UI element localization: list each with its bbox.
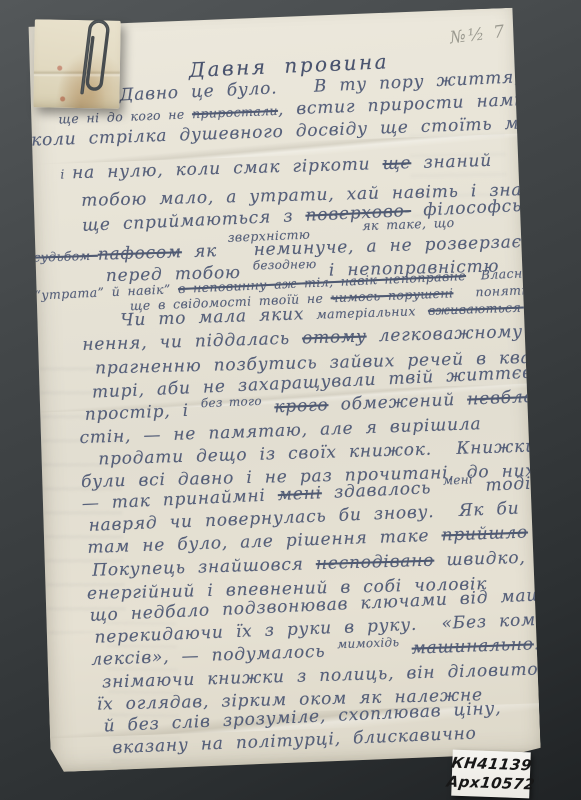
inserted-text: мимохідь (337, 635, 399, 651)
handwritten-text: матеріальних (316, 303, 416, 321)
handwritten-text: і (60, 166, 72, 181)
handwritten-text: швидко, (434, 548, 526, 571)
struck-text: отому (302, 327, 367, 349)
manuscript-line: як таке, що (362, 215, 455, 233)
struck-text: мені (277, 483, 322, 505)
inserted-text: без того (201, 394, 263, 410)
handwritten-text: знаний (411, 151, 492, 173)
handwritten-text: здавалось (321, 478, 443, 503)
struck-text: машинально (411, 634, 534, 658)
struck-text: невблаганністю (467, 383, 581, 409)
struck-text: судьбом (33, 248, 98, 265)
struck-text: прийшло (441, 523, 528, 546)
handwritten-text: на нулю, коли смак гіркоти (72, 154, 383, 183)
label-archive-number: Арх10572 (445, 772, 536, 794)
struck-text: пафосом (98, 242, 183, 264)
handwritten-text: затруд- (574, 292, 581, 315)
handwritten-text: легковажному (366, 322, 523, 347)
manuscript-body: Давно це було. В ту пору життя, колище н… (25, 8, 541, 773)
handwritten-text: простір, і (84, 400, 201, 425)
photo-background: №½ 7 Давня провина Давно це було. В ту п… (0, 0, 581, 800)
handwritten-text: Покупець знайшовся (92, 554, 316, 581)
handwritten-text: ще ні до кого не (58, 106, 192, 126)
handwritten-text: . Спритно (533, 630, 581, 654)
handwritten-text (415, 300, 428, 320)
handwritten-text: нення, чи піддалась (82, 328, 302, 355)
archival-label: КН41139 Арх10572 (451, 750, 531, 799)
struck-text: ще (382, 153, 411, 174)
manuscript-sheet: №½ 7 Давня провина Давно це було. В ту п… (25, 8, 541, 773)
inserted-text: безоднею (253, 257, 317, 273)
manuscript-line: і на нулю, коли смак гіркоти ще знаний (60, 151, 492, 184)
inserted-text: мені (443, 472, 474, 487)
struck-text: вживаються поряд. (428, 298, 575, 318)
handwritten-text: тоді, — я (473, 471, 581, 496)
handwritten-text: як таке, що (362, 215, 455, 233)
handwritten-text (399, 639, 412, 659)
struck-text: несподівано (316, 551, 435, 575)
handwritten-text: обмежений (328, 390, 468, 416)
handwritten-text (262, 397, 275, 417)
struck-text: крого (274, 395, 329, 417)
struck-text: приростали (192, 103, 278, 121)
